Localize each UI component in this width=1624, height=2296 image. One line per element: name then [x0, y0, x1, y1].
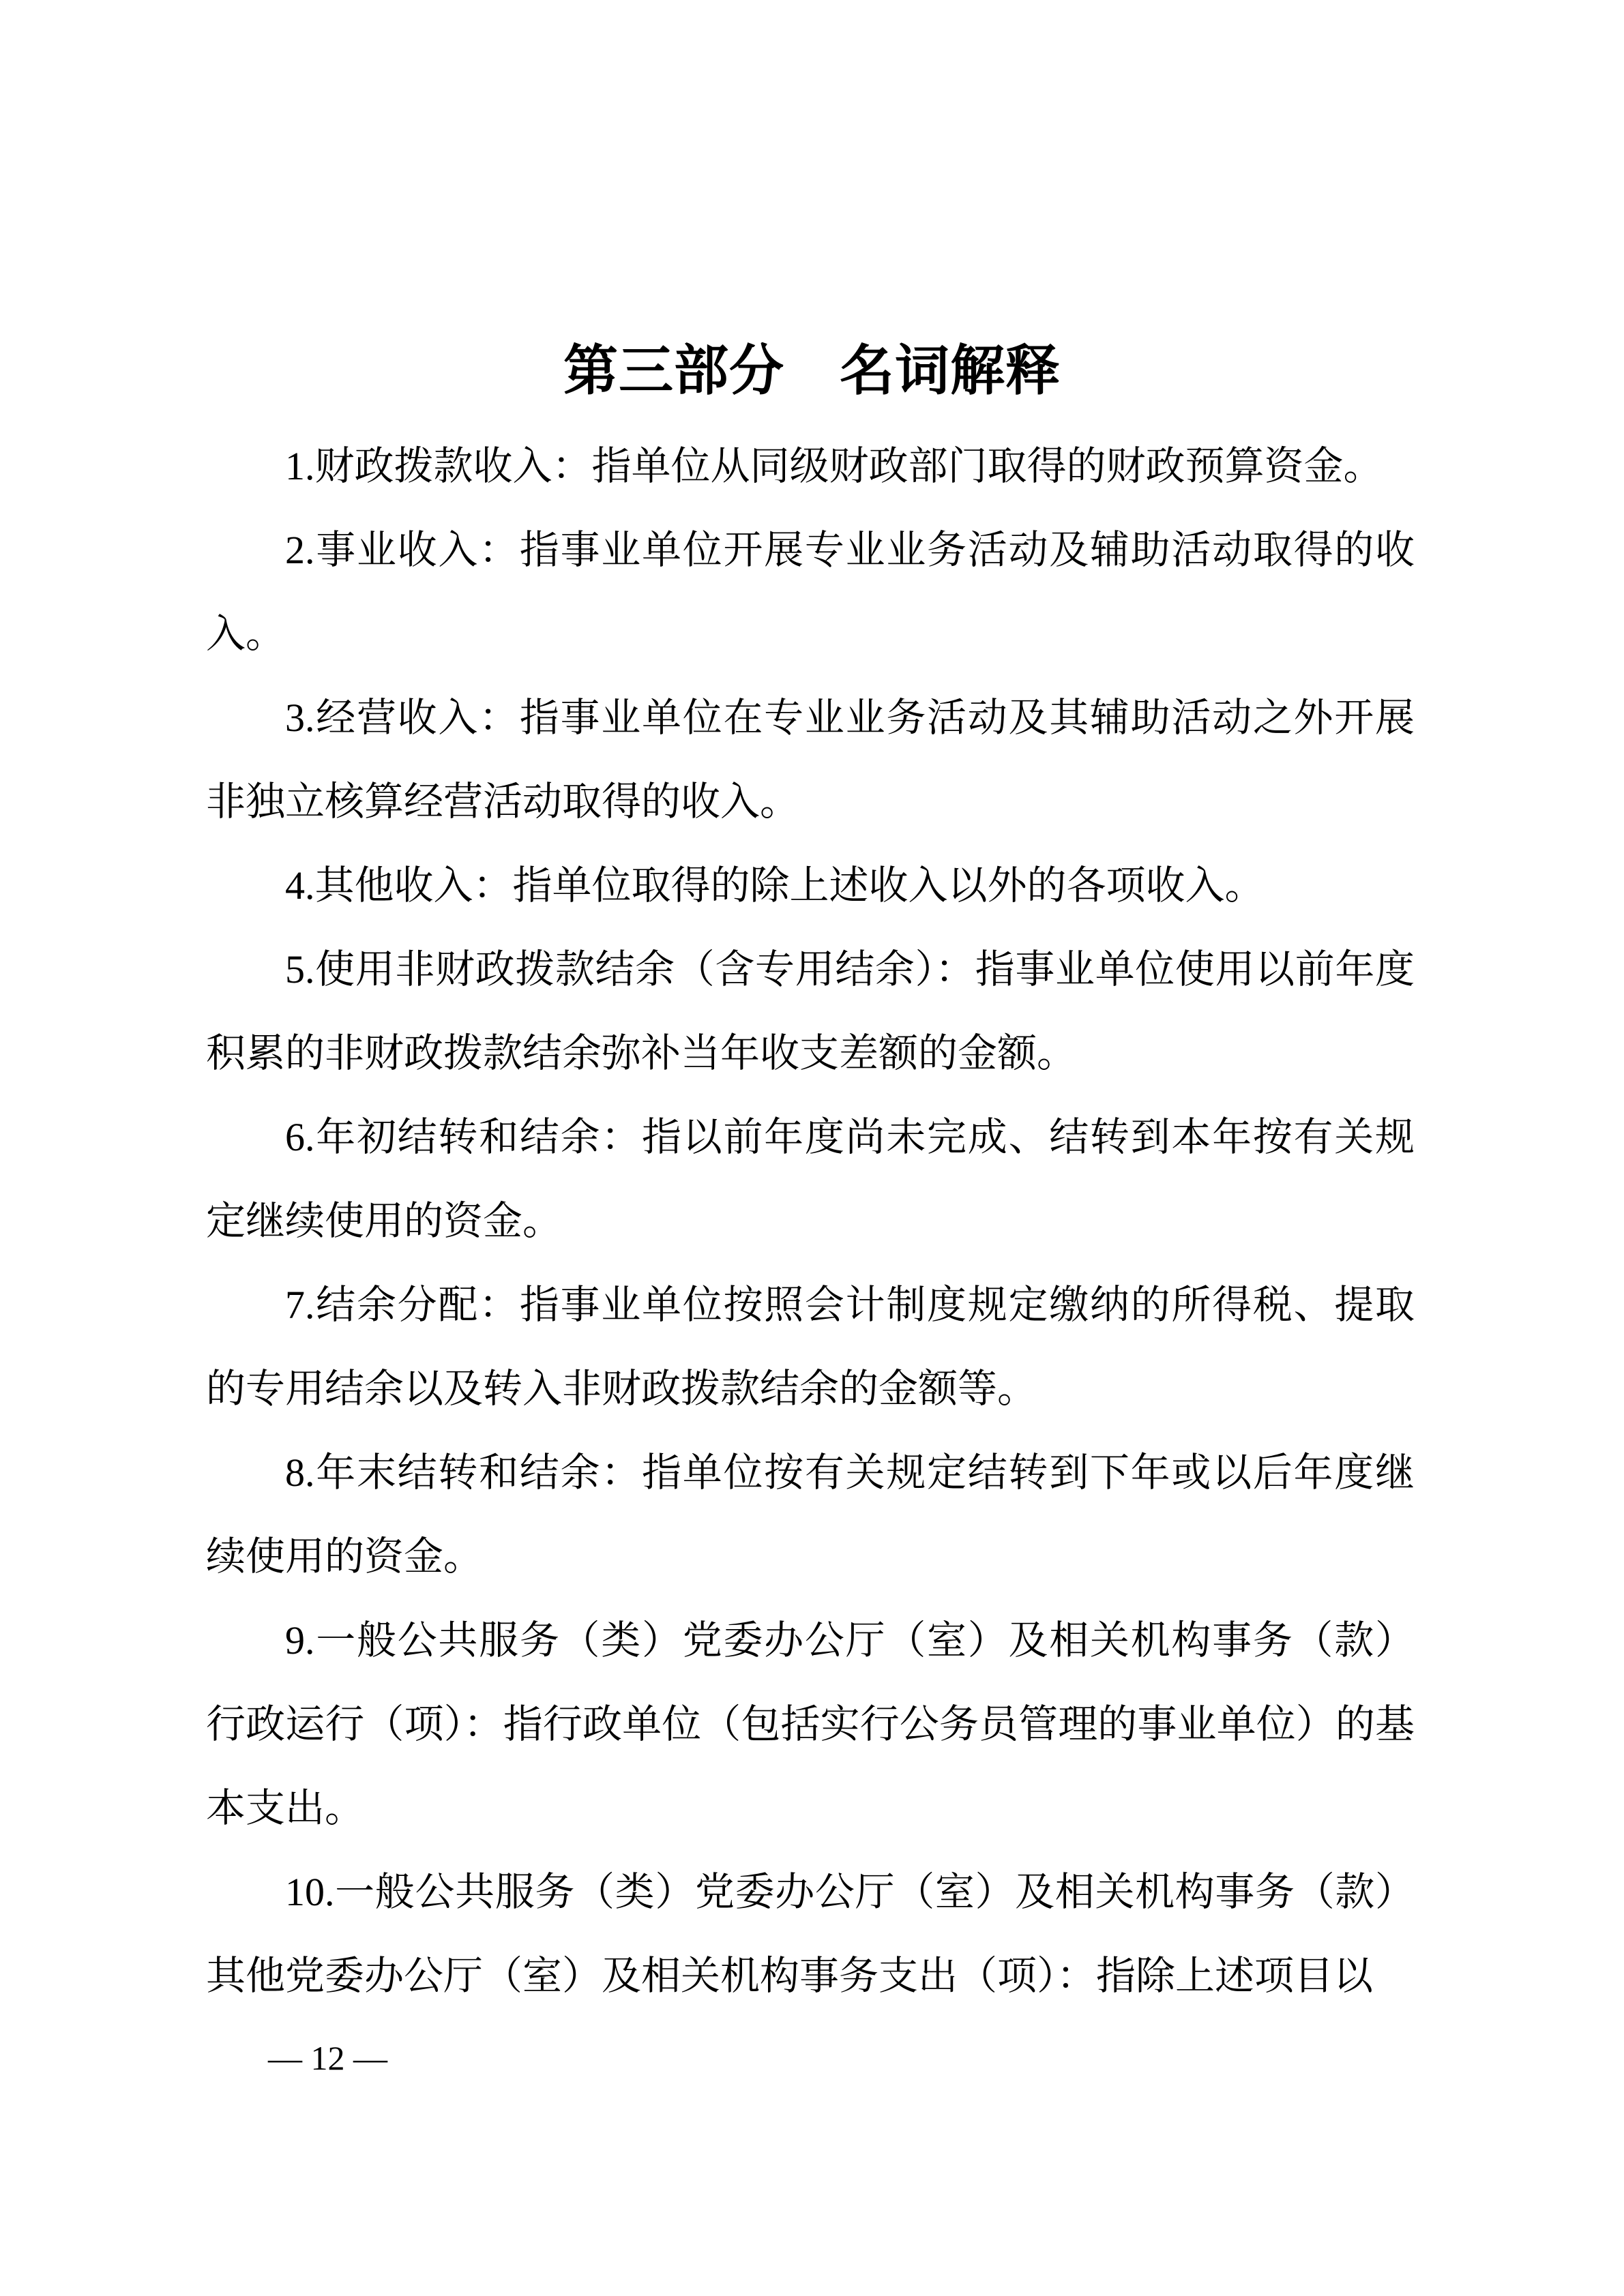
definition-paragraph-7: 7.结余分配：指事业单位按照会计制度规定缴纳的所得税、提取的专用结余以及转入非财…	[206, 1263, 1415, 1431]
definition-paragraph-6: 6.年初结转和结余：指以前年度尚未完成、结转到本年按有关规定继续使用的资金。	[206, 1095, 1415, 1263]
definition-paragraph-3: 3.经营收入：指事业单位在专业业务活动及其辅助活动之外开展非独立核算经营活动取得…	[206, 676, 1415, 844]
definition-paragraph-8: 8.年末结转和结余：指单位按有关规定结转到下年或以后年度继续使用的资金。	[206, 1431, 1415, 1598]
page-number: — 12 —	[268, 2038, 387, 2078]
document-page: 第三部分 名词解释 1.财政拨款收入：指单位从同级财政部门取得的财政预算资金。 …	[0, 0, 1624, 2296]
definition-paragraph-1: 1.财政拨款收入：指单位从同级财政部门取得的财政预算资金。	[206, 424, 1415, 508]
definition-paragraph-9: 9.一般公共服务（类）党委办公厅（室）及相关机构事务（款）行政运行（项）：指行政…	[206, 1598, 1415, 1850]
definition-paragraph-5: 5.使用非财政拨款结余（含专用结余）：指事业单位使用以前年度积累的非财政拨款结余…	[206, 927, 1415, 1095]
definitions-section: 1.财政拨款收入：指单位从同级财政部门取得的财政预算资金。 2.事业收入：指事业…	[206, 424, 1415, 2018]
definition-paragraph-4: 4.其他收入：指单位取得的除上述收入以外的各项收入。	[206, 844, 1415, 927]
page-title: 第三部分 名词解释	[0, 341, 1624, 402]
definition-paragraph-10: 10.一般公共服务（类）党委办公厅（室）及相关机构事务（款）其他党委办公厅（室）…	[206, 1850, 1415, 2018]
definition-paragraph-2: 2.事业收入：指事业单位开展专业业务活动及辅助活动取得的收入。	[206, 508, 1415, 676]
